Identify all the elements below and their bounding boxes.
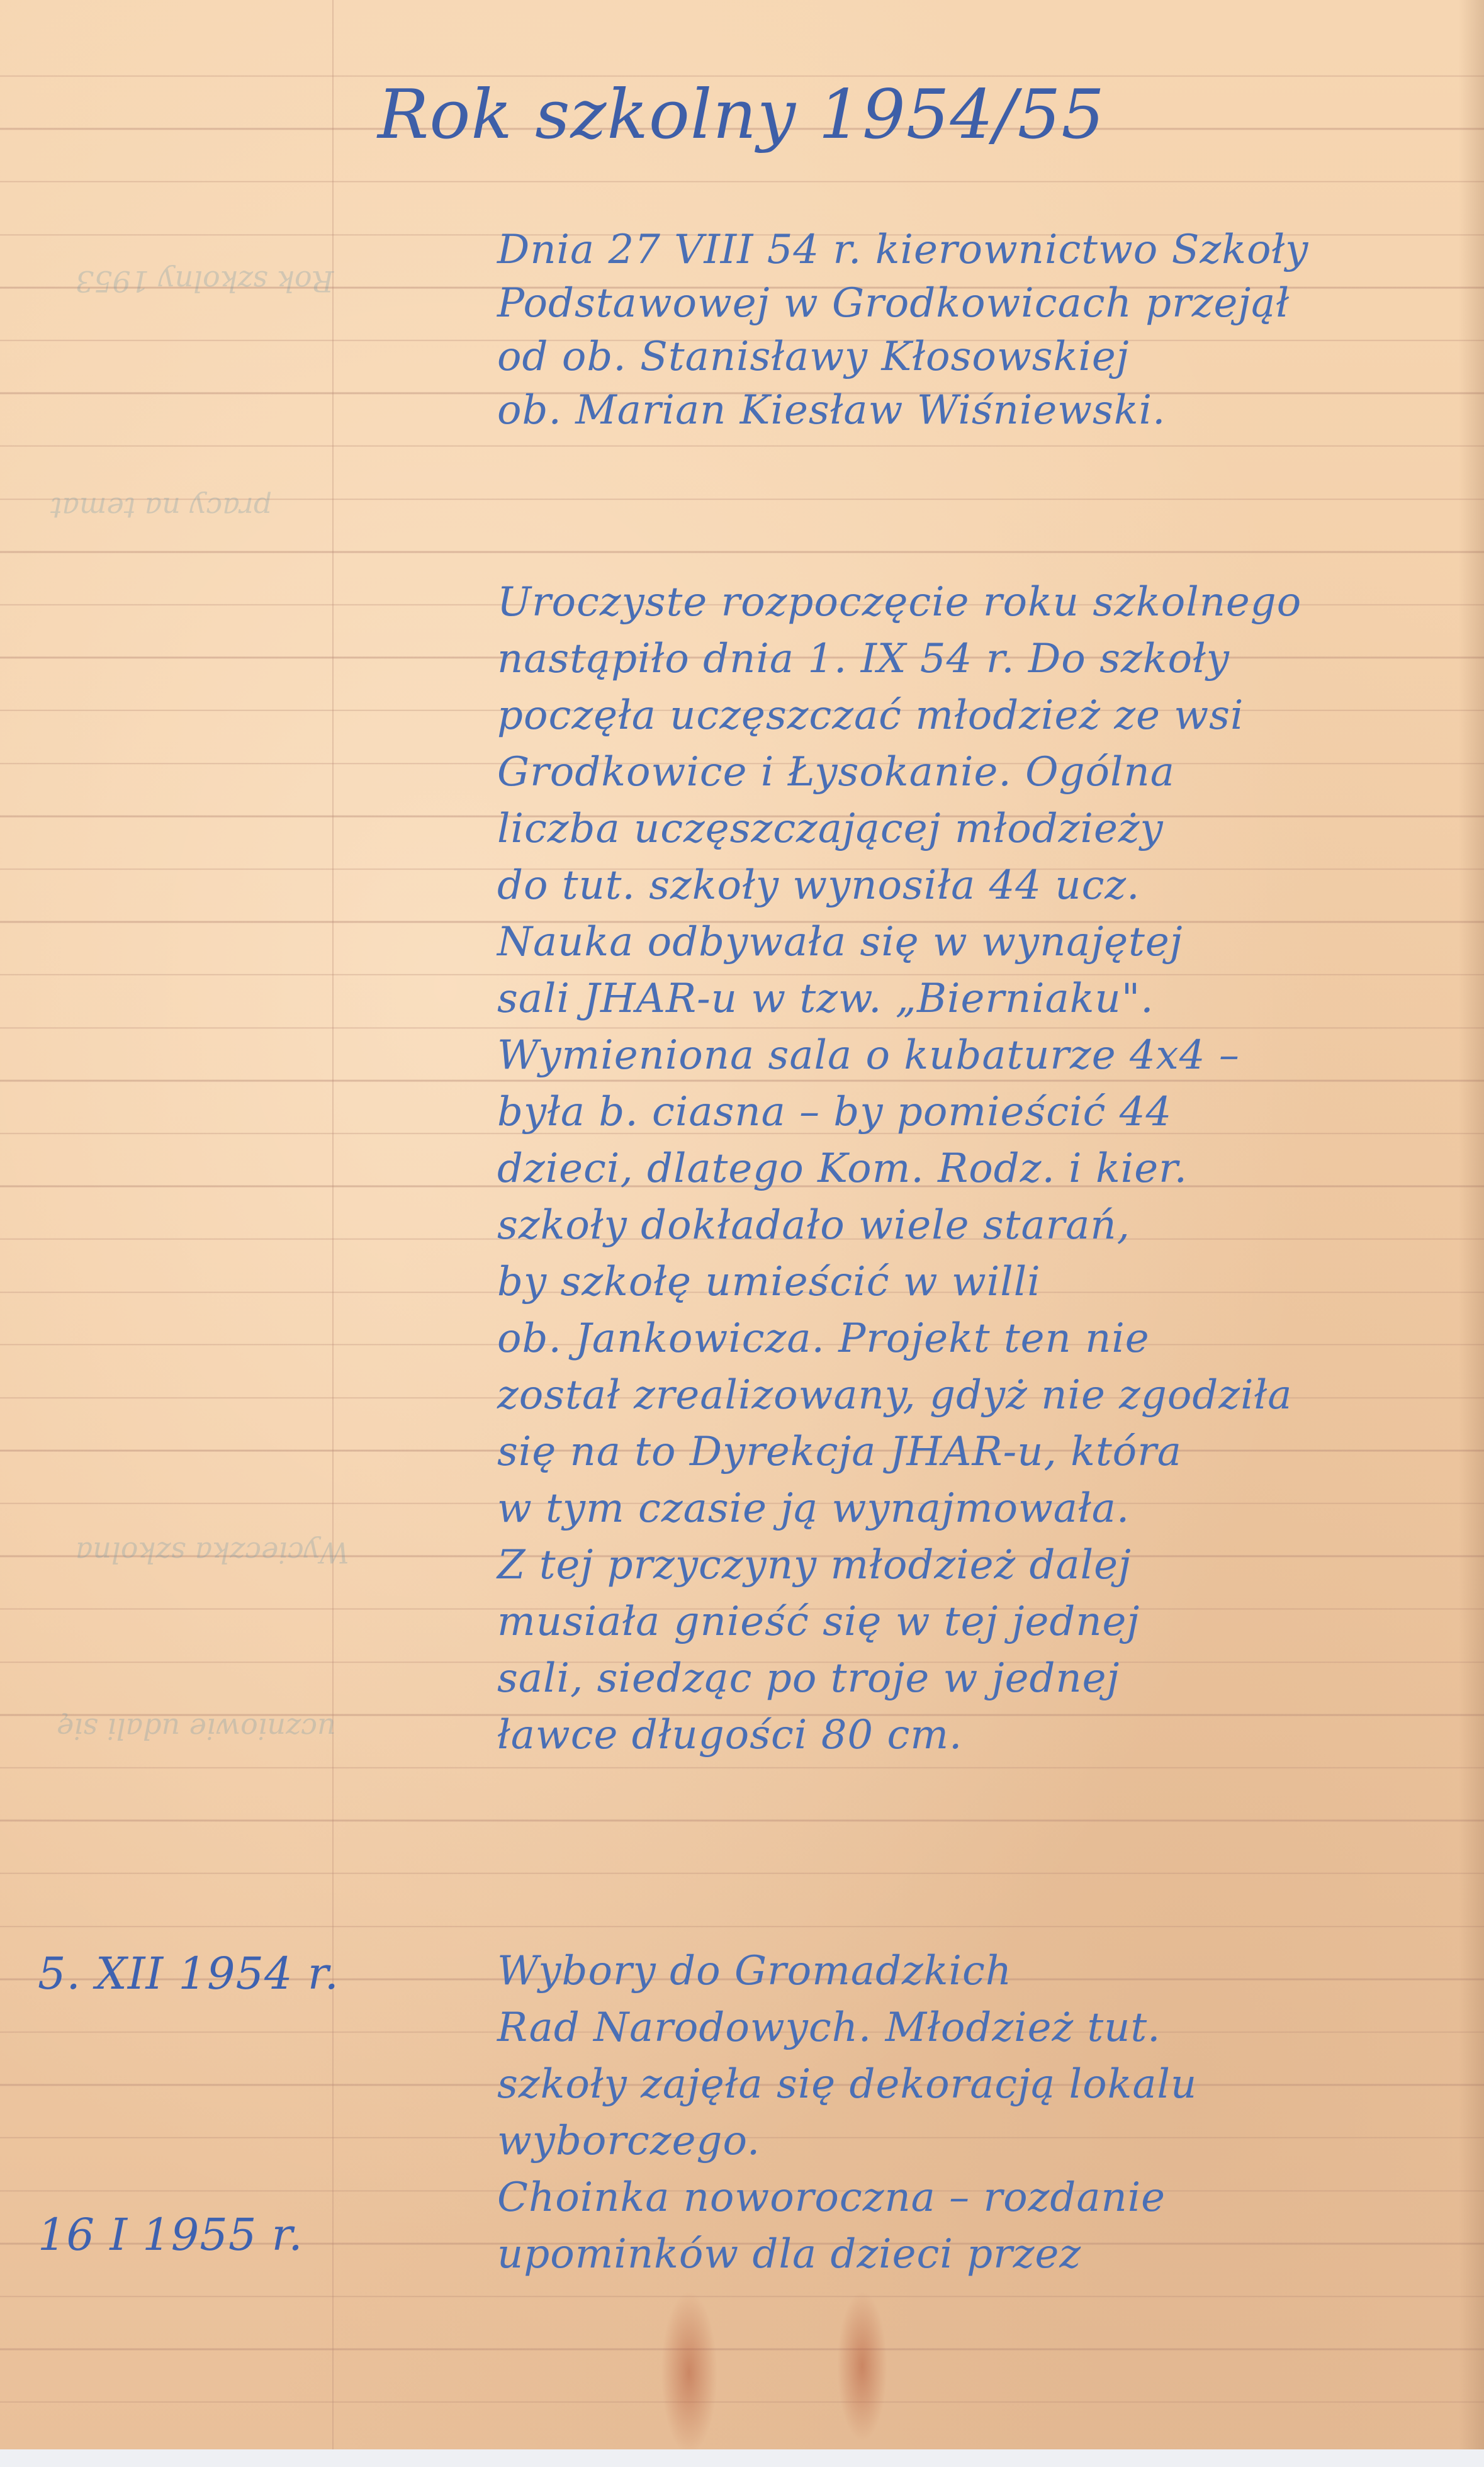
- text-line: by szkołę umieścić w willi: [497, 1259, 1041, 1305]
- bleed-through-text: uczniowie udali się: [57, 1712, 336, 1746]
- bleed-through-text: Wycieczka szkolna: [76, 1536, 349, 1570]
- text-line: został zrealizowany, gdyż nie zgodziła: [497, 1372, 1292, 1419]
- text-line: Wybory do Gromadzkich: [497, 1948, 1012, 1994]
- bleed-through-text: pracy na temat: [50, 491, 272, 525]
- text-line: wyborczego.: [497, 2118, 760, 2164]
- bleed-through-text: Rok szkolny 1953: [76, 264, 334, 298]
- margin-line: [332, 0, 334, 2467]
- text-line: sali JHAR-u w tzw. „Bierniaku".: [497, 975, 1154, 1022]
- text-line: szkoły dokładało wiele starań,: [497, 1202, 1130, 1249]
- text-line: ob. Jankowicza. Projekt ten nie: [497, 1315, 1150, 1362]
- page-title: Rok szkolny 1954/55: [378, 76, 1105, 154]
- text-line: ob. Marian Kiesław Wiśniewski.: [497, 387, 1166, 434]
- text-line: Rad Narodowych. Młodzież tut.: [497, 2004, 1161, 2051]
- margin-date: 5. XII 1954 r.: [38, 1948, 339, 1999]
- text-line: od ob. Stanisławy Kłosowskiej: [497, 334, 1130, 380]
- text-line: nastąpiło dnia 1. IX 54 r. Do szkoły: [497, 636, 1230, 682]
- text-line: Z tej przyczyny młodzież dalej: [497, 1542, 1132, 1588]
- text-line: musiała gnieść się w tej jednej: [497, 1599, 1140, 1645]
- rust-stain: [661, 2291, 717, 2454]
- text-line: się na to Dyrekcja JHAR-u, która: [497, 1429, 1182, 1475]
- text-line: upominków dla dzieci przez: [497, 2231, 1081, 2278]
- text-line: Uroczyste rozpoczęcie roku szkolnego: [497, 579, 1301, 626]
- text-line: była b. ciasna – by pomieścić 44: [497, 1089, 1172, 1135]
- text-line: sali, siedząc po troje w jednej: [497, 1655, 1120, 1702]
- text-line: ławce długości 80 cm.: [497, 1712, 962, 1758]
- text-line: Podstawowej w Grodkowicach przejął: [497, 280, 1290, 327]
- page-edge-shadow: [1459, 0, 1484, 2467]
- rust-stain: [837, 2291, 887, 2442]
- text-line: Grodkowice i Łysokanie. Ogólna: [497, 749, 1175, 795]
- text-line: poczęła uczęszczać młodzież ze wsi: [497, 692, 1244, 739]
- text-line: Nauka odbywała się w wynajętej: [497, 919, 1183, 965]
- margin-date: 16 I 1955 r.: [38, 2209, 303, 2261]
- text-line: w tym czasie ją wynajmowała.: [497, 1485, 1130, 1532]
- scan-border: [0, 2449, 1484, 2467]
- text-line: Choinka noworoczna – rozdanie: [497, 2174, 1166, 2221]
- text-line: do tut. szkoły wynosiła 44 ucz.: [497, 862, 1140, 909]
- text-line: liczba uczęszczającej młodzieży: [497, 806, 1164, 852]
- text-line: Dnia 27 VIII 54 r. kierownictwo Szkoły: [497, 227, 1308, 273]
- text-line: Wymieniona sala o kubaturze 4x4 –: [497, 1032, 1240, 1079]
- text-line: szkoły zajęła się dekoracją lokalu: [497, 2061, 1197, 2108]
- text-line: dzieci, dlatego Kom. Rodz. i kier.: [497, 1145, 1188, 1192]
